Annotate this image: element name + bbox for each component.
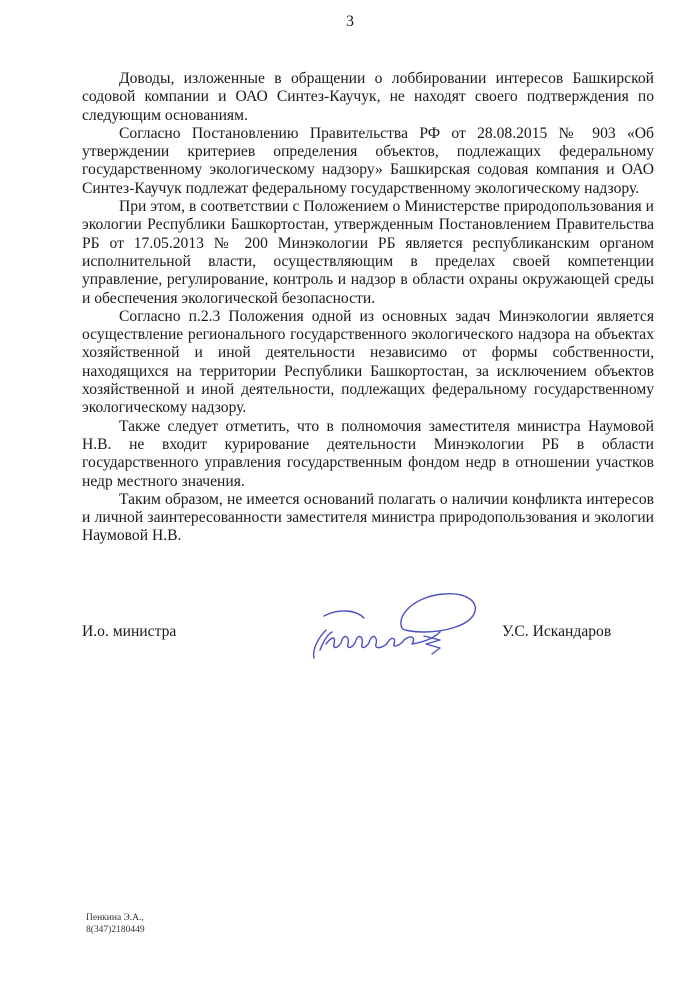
paragraph-federal-supervision: Согласно Постановлению Правительства РФ … [82, 125, 654, 198]
paragraph-lobbying-claims: Доводы, изложенные в обращении о лоббиро… [82, 70, 654, 125]
signatory-title: И.о. министра [82, 623, 176, 641]
paragraph-regional-supervision: Согласно п.2.3 Положения одной из основн… [82, 308, 654, 418]
executor-info: Пенкина Э.А., 8(347)2180449 [86, 913, 145, 936]
page-number: 3 [0, 12, 700, 32]
paragraph-conclusion: Таким образом, не имеется оснований пола… [82, 491, 654, 546]
executor-phone: 8(347)2180449 [86, 925, 145, 937]
executor-name: Пенкина Э.А., [86, 913, 145, 925]
handwritten-signature-icon [284, 588, 484, 678]
letter-body: Доводы, изложенные в обращении о лоббиро… [82, 70, 654, 546]
signature-block: И.о. министра У.С. Искандаров [82, 598, 654, 678]
paragraph-deputy-authority: Также следует отметить, что в полномочия… [82, 418, 654, 491]
paragraph-ministry-regulation: При этом, в соответствии с Положением о … [82, 198, 654, 308]
signatory-name: У.С. Искандаров [502, 623, 611, 641]
